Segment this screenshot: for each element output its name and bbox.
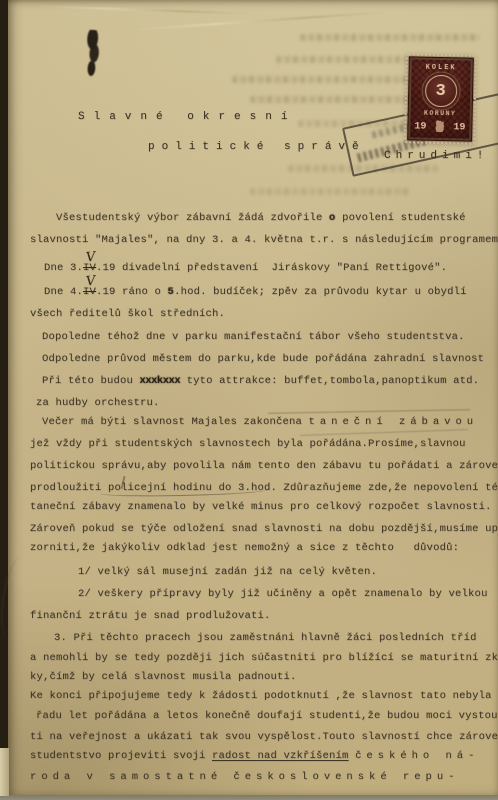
text-line: 3. Při těchto pracech jsou zaměstnáni hl…	[54, 632, 477, 645]
handwritten-correction: V	[85, 275, 96, 289]
underlying-sheet-edge	[0, 748, 9, 796]
text-line: ti na veřejnost a ukázati tak svou vyspě…	[30, 731, 498, 744]
stamp-value: 3	[424, 75, 457, 108]
text-segment: taneční zábavy znamenalo by velké minus …	[30, 501, 492, 513]
text-segment: Odpoledne průvod městem do parku,kde bud…	[42, 353, 484, 365]
text-line: za hudby orchestru.	[36, 397, 160, 410]
text-segment: politickou správu,aby povolila nám tento…	[30, 460, 498, 472]
text-segment: řadu let pořádána a letos konečně doufaj…	[36, 710, 498, 722]
text-line: zorniti,že jakýkoliv odklad jest nemožný…	[30, 542, 459, 555]
revenue-stamp: KOLEK 3 KORUNY 19 19	[406, 55, 475, 142]
text-line: studentstvo projeviti svoji radost nad v…	[30, 750, 479, 763]
text-segment: Zároveň pokud se týče odložení snad slav…	[30, 523, 498, 535]
stamp-year-left: 19	[414, 121, 426, 132]
text-line: 2/ veškery přípravy byly již učiněny a o…	[78, 588, 488, 601]
text-segment: jež vždy při studentských slavnostech by…	[30, 438, 466, 450]
text-segment: zorniti,že jakýkoliv odklad jest nemožný…	[30, 542, 459, 554]
photo-bottom-edge	[0, 795, 498, 800]
scanned-document-photo: Slavné okresní politické správě Chrudimi…	[0, 0, 498, 800]
text-line: jež vždy při studentských slavnostech by…	[30, 438, 466, 451]
text-line: Zároveň pokud se týče odložení snad slav…	[30, 523, 498, 536]
text-line: finanční ztrátu je snad prodlužovati.	[30, 610, 271, 623]
text-segment: .19 divadelní představení Jiráskovy "Pan…	[96, 262, 447, 274]
text-segment: a nemohli by se tedy později jich súčast…	[30, 652, 498, 664]
text-segment: Večer má býti slavnost Majales zakončena	[42, 416, 309, 428]
text-segment: Při této budou	[42, 375, 140, 387]
handwritten-correction: V	[85, 251, 96, 265]
text-segment: ti na veřejnost a ukázati tak svou vyspě…	[30, 731, 498, 743]
text-line: Odpoledne průvod městem do parku,kde bud…	[42, 353, 484, 366]
text-line: roda v samostatné československé repu-	[30, 771, 459, 784]
text-segment: Dne 3.	[44, 262, 83, 274]
text-segment: slavnosti "Majales", na dny 3. a 4. květ…	[30, 234, 498, 246]
text-segment: 1/ velký sál musejní zadán již na celý k…	[78, 566, 377, 578]
text-line: všech ředitelů škol středních.	[30, 308, 225, 321]
text-segment: za hudby orchestru.	[36, 397, 160, 409]
text-segment: xxxkxxx	[140, 375, 181, 387]
text-segment: 3. Při těchto pracech jsou zaměstnáni hl…	[54, 632, 477, 644]
stamp-title: KOLEK	[410, 63, 473, 72]
text-line: Ke konci připojujeme tedy k žádosti podo…	[30, 690, 498, 703]
text-line: Všestudentský výbor zábavní žádá zdvořil…	[56, 212, 466, 225]
ink-bleedthrough	[250, 188, 410, 195]
stamp-currency: KORUNY	[409, 109, 472, 117]
text-segment: Dopoledne téhož dne v parku manifestační…	[42, 331, 465, 343]
text-line: a nemohli by se tedy později jich súčast…	[30, 652, 498, 665]
text-line: Při této budou xxxkxxx tyto attrakce: bu…	[42, 375, 479, 388]
text-line: 1/ velký sál musejní zadán již na celý k…	[78, 566, 377, 579]
text-segment: českého ná-	[355, 750, 479, 762]
corrected-date-fragment: IVV	[83, 286, 96, 299]
text-line: Dne 4.IVV.19 ráno o 5.hod. budíček; zpěv…	[44, 286, 467, 299]
text-line: ky,čímž by celá slavnost musila padnouti…	[30, 671, 297, 684]
text-segment: radost nad vzkříšením	[212, 750, 349, 762]
text-line: politickou správu,aby povolila nám tento…	[30, 460, 498, 473]
text-segment: .hod. budíček; zpěv za průvodu kytar u o…	[174, 286, 467, 298]
text-segment: finanční ztrátu je snad prodlužovati.	[30, 610, 271, 622]
text-segment: roda v samostatné československé repu-	[30, 771, 459, 783]
text-segment: studentstvo projeviti svoji	[30, 750, 212, 762]
address-line-recipient: Slavné okresní	[78, 111, 296, 123]
text-segment: Dne 4.	[44, 286, 83, 298]
text-line: Večer má býti slavnost Majales zakončena…	[42, 416, 478, 429]
text-segment: Všestudentský výbor zábavní žádá zdvořil…	[56, 212, 329, 224]
ink-bleedthrough	[300, 34, 480, 41]
text-segment: všech ředitelů škol středních.	[30, 308, 225, 320]
stamp-year-right: 19	[453, 122, 465, 133]
text-line: řadu let pořádána a letos konečně doufaj…	[36, 710, 498, 723]
text-segment: Ke konci připojujeme tedy k žádosti podo…	[30, 690, 498, 702]
text-segment: tyto attrakce: buffet,tombola,panoptikum…	[180, 375, 479, 387]
text-line: Dopoledne téhož dne v parku manifestační…	[42, 331, 465, 344]
text-segment: .19 ráno o	[96, 286, 168, 298]
text-line: slavnosti "Majales", na dny 3. a 4. květ…	[30, 234, 498, 247]
text-segment: povolení studentské	[336, 212, 466, 224]
address-line-office: politické správě	[148, 141, 366, 153]
text-segment: 2/ veškery přípravy byly již učiněny a o…	[78, 588, 488, 600]
text-line: taneční zábavy znamenalo by velké minus …	[30, 501, 492, 514]
text-segment: taneční zábavou	[309, 416, 479, 428]
bohemian-lion-icon	[433, 118, 446, 137]
stamp-artwork: KOLEK 3 KORUNY 19 19	[407, 56, 474, 141]
text-segment: ky,čímž by celá slavnost musila padnouti…	[30, 671, 297, 683]
text-line: Dne 3.IVV.19 divadelní představení Jirás…	[44, 262, 447, 275]
